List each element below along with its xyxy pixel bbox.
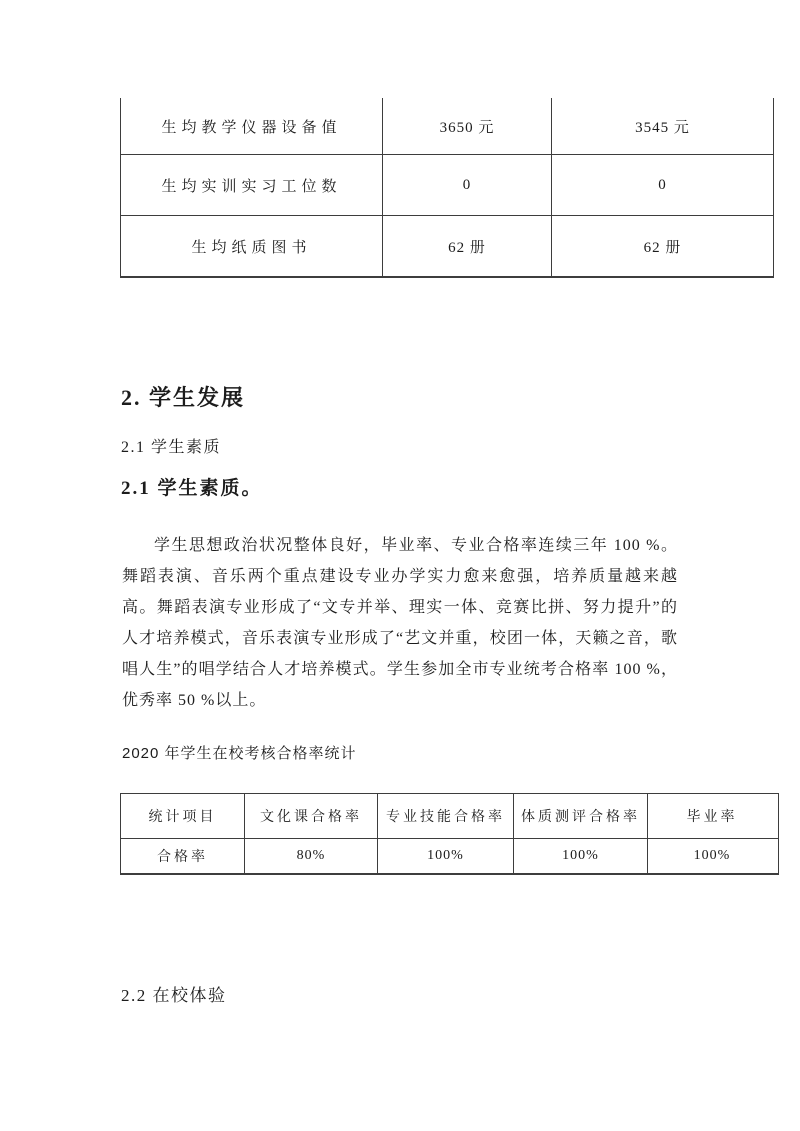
table-header-cell: 体质测评合格率 [514, 794, 648, 838]
table-cell-value: 100% [514, 839, 648, 873]
table-row: 生均实训实习工位数 0 0 [120, 155, 774, 216]
table-header-cell: 文化课合格率 [245, 794, 378, 838]
table-cell-label: 生均实训实习工位数 [120, 155, 383, 215]
table-caption: 2020 年学生在校考核合格率统计 [122, 742, 357, 763]
table-row: 合格率 80% 100% 100% 100% [121, 839, 778, 873]
document-page: 生均教学仪器设备值 3650 元 3545 元 生均实训实习工位数 0 0 生均… [0, 0, 800, 1131]
table-header-row: 统计项目 文化课合格率 专业技能合格率 体质测评合格率 毕业率 [121, 794, 778, 839]
subsection-heading-bold: 2.1 学生素质。 [121, 473, 263, 500]
table-cell-label: 合格率 [121, 839, 245, 873]
body-paragraph: 学生思想政治状况整体良好，毕业率、专业合格率连续三年 100 %。舞蹈表演、音乐… [122, 530, 678, 716]
table-cell-value: 3545 元 [552, 98, 774, 154]
table-row: 生均教学仪器设备值 3650 元 3545 元 [120, 98, 774, 155]
table-cell-value: 100% [648, 839, 776, 873]
section-heading: 2. 学生发展 [121, 381, 245, 412]
table-cell-value: 100% [378, 839, 514, 873]
table-row: 生均纸质图书 62 册 62 册 [120, 216, 774, 276]
table-cell-value: 62 册 [383, 216, 552, 276]
table-header-cell: 统计项目 [121, 794, 245, 838]
resource-indicators-table: 生均教学仪器设备值 3650 元 3545 元 生均实训实习工位数 0 0 生均… [120, 98, 774, 278]
table-header-cell: 毕业率 [648, 794, 776, 838]
table-cell-value: 3650 元 [383, 98, 552, 154]
table-cell-value: 0 [383, 155, 552, 215]
table-cell-label: 生均纸质图书 [120, 216, 383, 276]
next-section-heading: 2.2 在校体验 [121, 981, 227, 1006]
subsection-heading: 2.1 学生素质 [121, 434, 221, 457]
table-cell-label: 生均教学仪器设备值 [120, 98, 383, 154]
pass-rate-table: 统计项目 文化课合格率 专业技能合格率 体质测评合格率 毕业率 合格率 80% … [120, 793, 779, 875]
table-cell-value: 62 册 [552, 216, 774, 276]
table-header-cell: 专业技能合格率 [378, 794, 514, 838]
table-cell-value: 80% [245, 839, 378, 873]
table-cell-value: 0 [552, 155, 774, 215]
